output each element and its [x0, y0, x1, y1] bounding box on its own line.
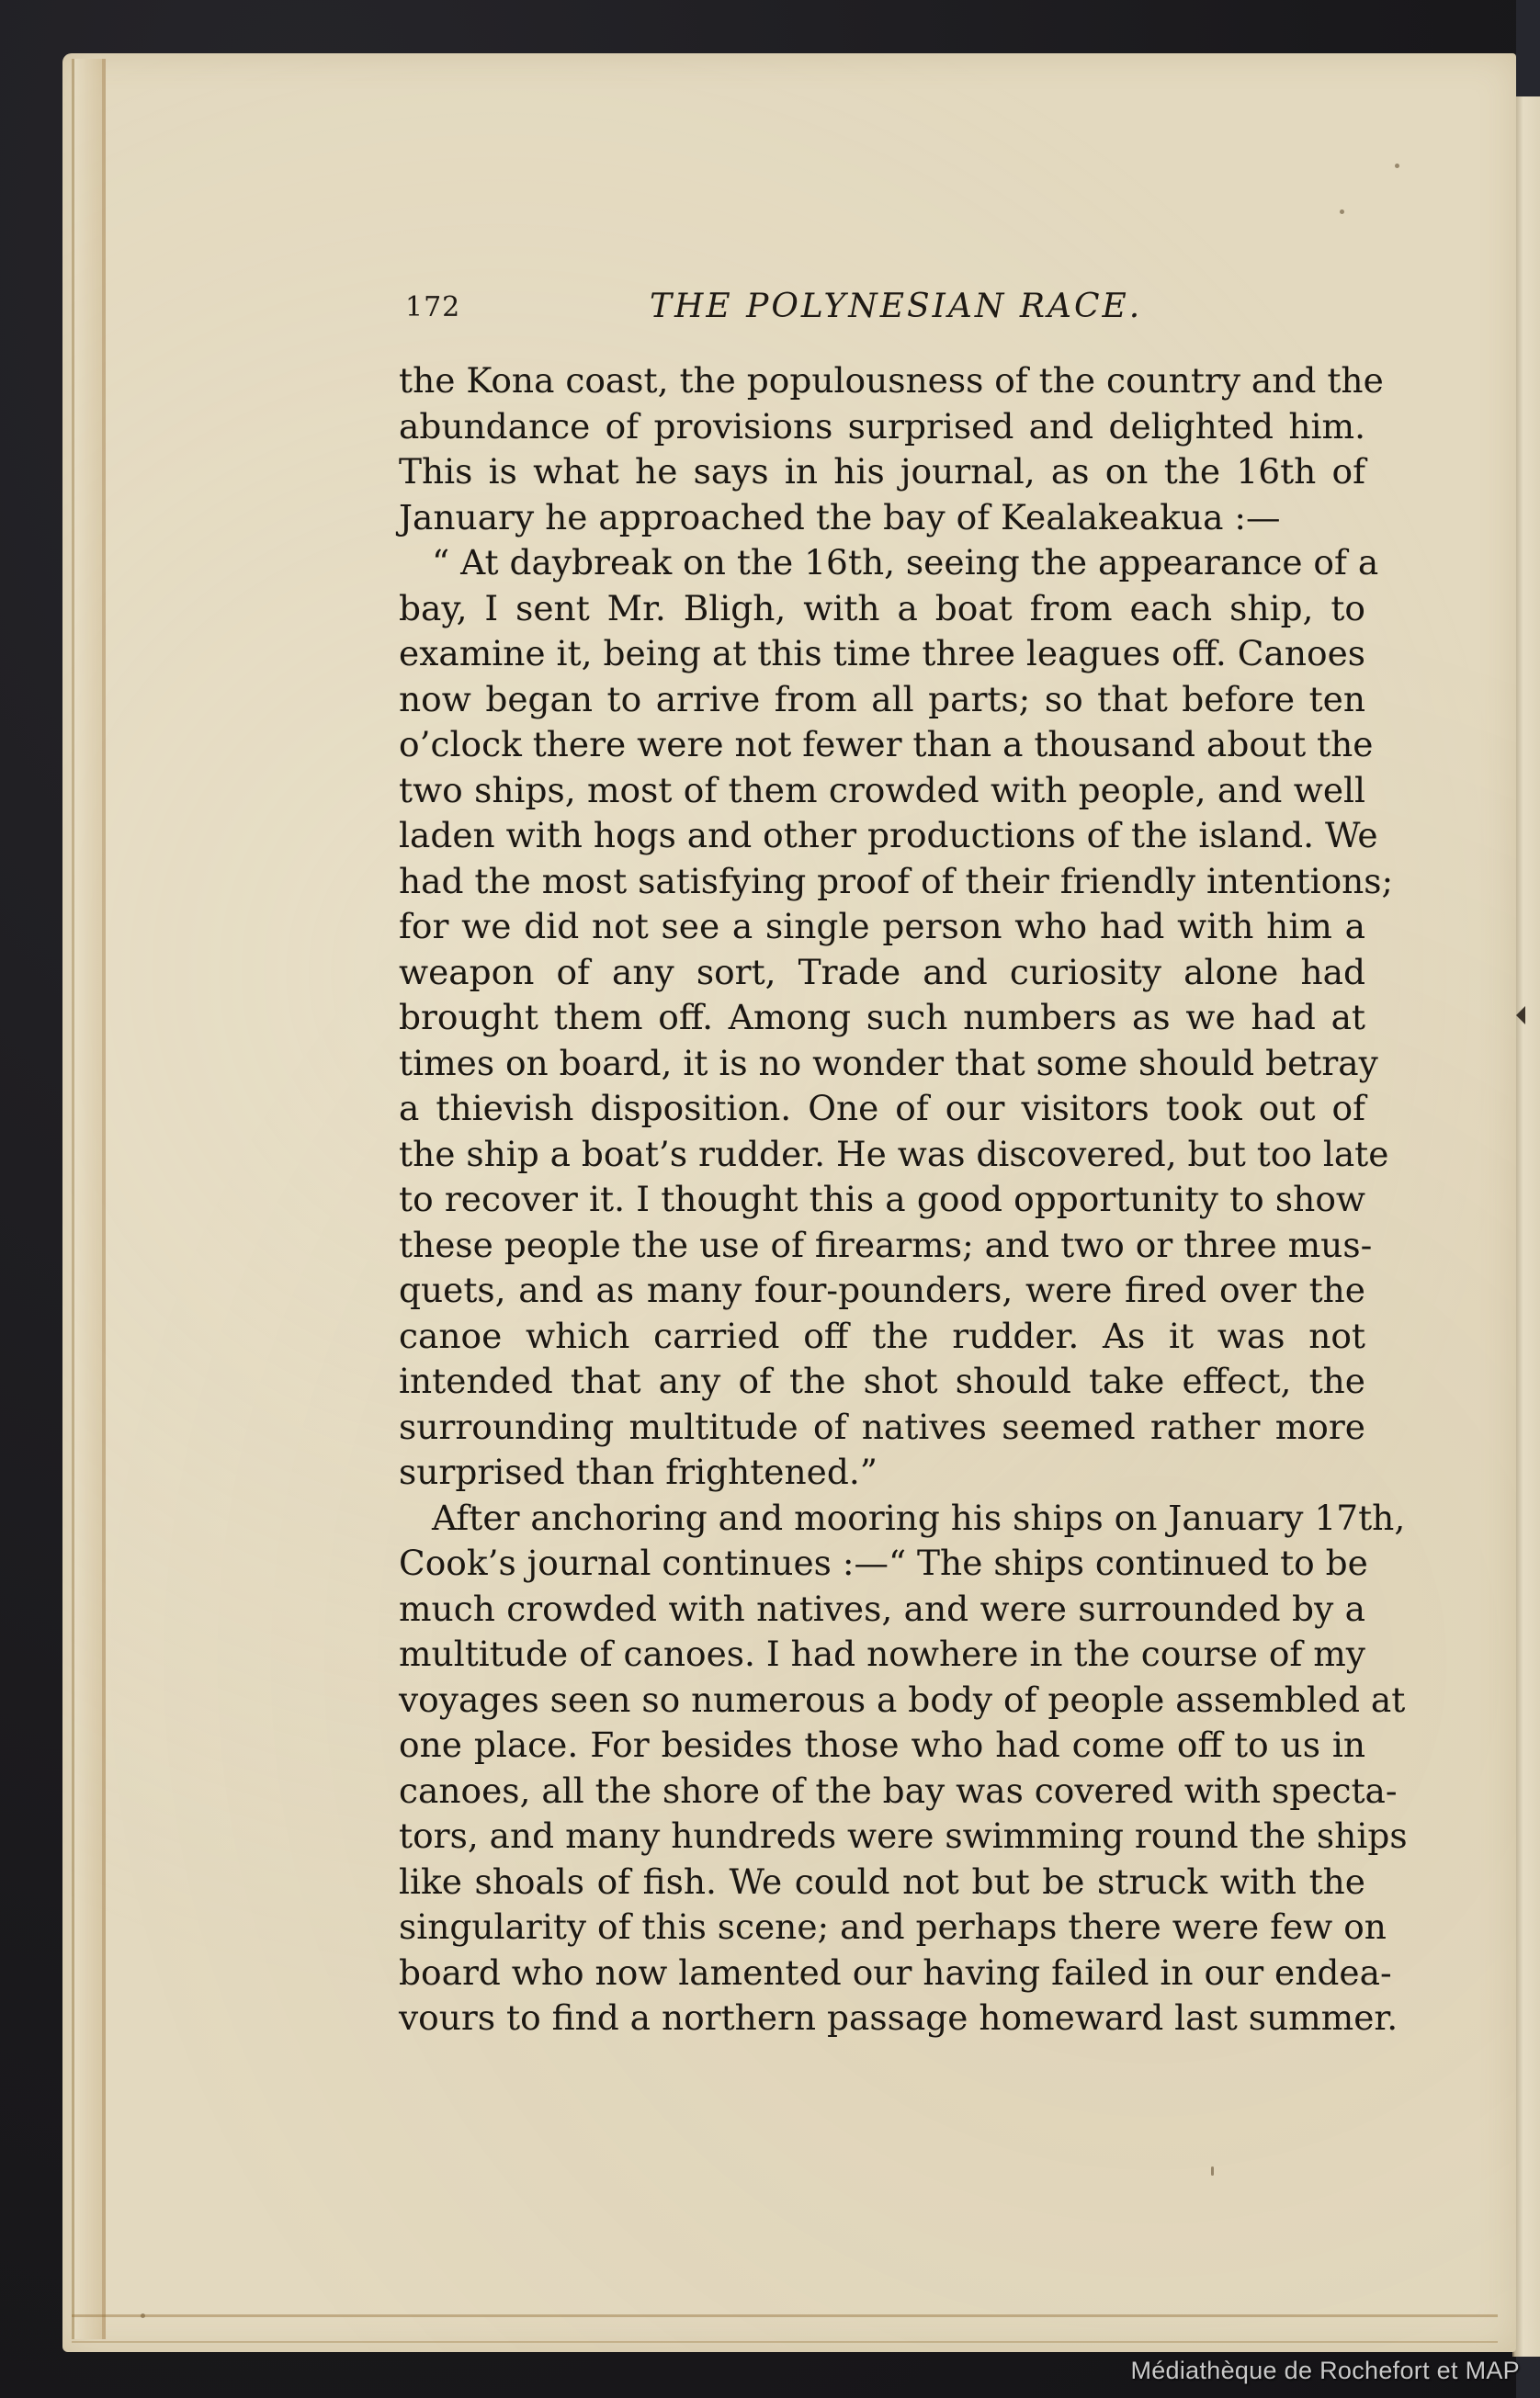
paper-speck [1340, 209, 1344, 214]
text-line: laden with hogs and other productions of… [399, 813, 1365, 859]
text-line: January he approached the bay of Kealake… [399, 495, 1365, 541]
text-line: quets, and as many four-pounders, were f… [399, 1268, 1365, 1314]
body-text: the Kona coast, the populousness of the … [399, 358, 1365, 2042]
text-line: multitude of canoes. I had nowhere in th… [399, 1632, 1365, 1678]
text-line: the Kona coast, the populousness of the … [399, 358, 1365, 404]
text-line: voyages seen so numerous a body of peopl… [399, 1678, 1365, 1724]
running-head: 172 THE POLYNESIAN RACE. [405, 288, 1361, 334]
text-line: had the most satisfying proof of their f… [399, 859, 1365, 905]
text-line: canoes, all the shore of the bay was cov… [399, 1769, 1365, 1815]
text-line: these people the use of firearms; and tw… [399, 1223, 1365, 1269]
paper-speck [141, 2313, 145, 2318]
text-line: the ship a boat’s rudder. He was discove… [399, 1132, 1365, 1178]
text-line: a thievish disposition. One of our visit… [399, 1086, 1365, 1132]
page-number: 172 [405, 291, 460, 323]
text-line: Cook’s journal continues :—“ The ships c… [399, 1541, 1365, 1587]
paper-speck [1395, 164, 1399, 168]
text-line: surrounding multitude of natives seemed … [399, 1405, 1365, 1451]
text-line: like shoals of fish. We could not but be… [399, 1860, 1365, 1906]
text-line: to recover it. I thought this a good opp… [399, 1177, 1365, 1223]
text-line: one place. For besides those who had com… [399, 1723, 1365, 1769]
page-edge-marker [1516, 1006, 1525, 1024]
text-line: “ At daybreak on the 16th, seeing the ap… [399, 540, 1365, 586]
text-line: intended that any of the shot should tak… [399, 1359, 1365, 1405]
text-line: bay, I sent Mr. Bligh, with a boat from … [399, 586, 1365, 632]
text-line: much crowded with natives, and were surr… [399, 1587, 1365, 1633]
running-head-title: THE POLYNESIAN RACE. [650, 288, 1142, 325]
text-line: times on board, it is no wonder that som… [399, 1041, 1365, 1087]
text-line: tors, and many hundreds were swimming ro… [399, 1814, 1365, 1860]
text-line: vours to find a northern passage homewar… [399, 1996, 1365, 2042]
text-line: After anchoring and mooring his ships on… [399, 1496, 1365, 1542]
text-line: o’clock there were not fewer than a thou… [399, 722, 1365, 768]
text-line: singularity of this scene; and perhaps t… [399, 1905, 1365, 1951]
adjacent-page-edge [1512, 96, 1540, 2357]
text-line: surprised than frightened.” [399, 1450, 1365, 1496]
text-line: abundance of provisions surprised and de… [399, 404, 1365, 450]
text-line: now began to arrive from all parts; so t… [399, 677, 1365, 723]
text-line: canoe which carried off the rudder. As i… [399, 1314, 1365, 1360]
text-line: for we did not see a single person who h… [399, 904, 1365, 950]
text-line: brought them off. Among such numbers as … [399, 995, 1365, 1041]
paper-speck [1211, 2166, 1214, 2176]
text-line: board who now lamented our having failed… [399, 1951, 1365, 1996]
library-watermark: Médiathèque de Rochefort et MAP [1130, 2357, 1520, 2385]
text-line: examine it, being at this time three lea… [399, 631, 1365, 677]
text-line: weapon of any sort, Trade and curiosity … [399, 950, 1365, 996]
text-line: two ships, most of them crowded with peo… [399, 768, 1365, 814]
text-line: This is what he says in his journal, as … [399, 449, 1365, 495]
